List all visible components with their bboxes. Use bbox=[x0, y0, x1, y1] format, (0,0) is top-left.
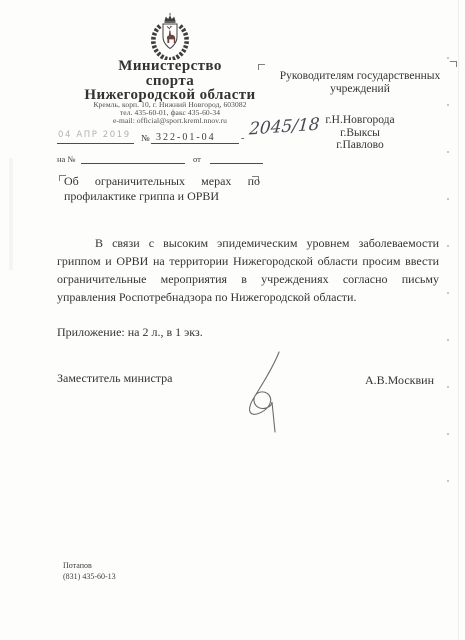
recipient-line: учреждений bbox=[278, 83, 442, 96]
scan-artifact-dot bbox=[447, 198, 449, 200]
ref-number-label: на № bbox=[57, 154, 76, 164]
corner-mark bbox=[258, 64, 265, 70]
recipient-city: г.Павлово bbox=[278, 139, 442, 152]
signer-position: Заместитель министра bbox=[57, 371, 172, 386]
subject-line: профилактике гриппа и ОРВИ bbox=[64, 189, 260, 204]
scan-artifact-dot bbox=[447, 386, 449, 388]
ref-number-underline bbox=[81, 163, 185, 164]
executor-phone: (831) 435-60-13 bbox=[63, 571, 116, 582]
scan-artifact-dot bbox=[447, 292, 449, 294]
scan-artifact-dot bbox=[447, 480, 449, 482]
number-dash: - bbox=[241, 133, 244, 144]
date-underline bbox=[57, 143, 134, 144]
scanned-letter-page: Министерство спорта Нижегородской област… bbox=[0, 0, 465, 640]
subject-line: Об ограничительных мерах по bbox=[64, 174, 260, 189]
ref-from-label: от bbox=[193, 154, 201, 164]
document-number: 322-01-04 bbox=[156, 132, 216, 143]
scan-artifact-dot bbox=[447, 245, 449, 247]
coat-of-arms-icon bbox=[148, 13, 192, 60]
date-stamp: 04 АПР 2019 bbox=[58, 130, 138, 140]
scan-smudge bbox=[9, 158, 13, 270]
corner-mark bbox=[450, 61, 457, 67]
scan-artifact-dot bbox=[447, 433, 449, 435]
scan-artifact-dot bbox=[447, 151, 449, 153]
scan-artifact-dot bbox=[447, 339, 449, 341]
number-sign: № bbox=[141, 133, 150, 143]
executor-block: Потапов (831) 435-60-13 bbox=[63, 560, 116, 582]
scan-artifact-dot bbox=[447, 57, 449, 59]
handwritten-signature-icon bbox=[233, 342, 293, 437]
scan-artifact-dot bbox=[447, 104, 449, 106]
scan-edge-line bbox=[458, 0, 459, 640]
subject-block: Об ограничительных мерах по профилактике… bbox=[64, 174, 260, 204]
ministry-line: спорта bbox=[57, 74, 283, 89]
ref-from-underline bbox=[210, 163, 263, 164]
ministry-line: Министерство bbox=[57, 59, 283, 74]
attachment-note: Приложение: на 2 л., в 1 экз. bbox=[57, 325, 203, 340]
recipients-block: Руководителям государственных учреждений… bbox=[278, 70, 442, 152]
number-underline bbox=[151, 143, 239, 144]
ministry-name: Министерство спорта Нижегородской област… bbox=[57, 59, 283, 103]
recipient-city: г.Выксы bbox=[278, 127, 442, 140]
body-paragraph: В связи с высоким эпидемическим уровнем … bbox=[57, 234, 439, 306]
recipient-city: г.Н.Новгорода bbox=[278, 114, 442, 127]
signer-name: А.В.Москвин bbox=[365, 373, 434, 388]
recipient-cities: г.Н.Новгорода г.Выксы г.Павлово bbox=[278, 114, 442, 152]
executor-name: Потапов bbox=[63, 560, 116, 571]
recipient-line: Руководителям государственных bbox=[278, 70, 442, 83]
